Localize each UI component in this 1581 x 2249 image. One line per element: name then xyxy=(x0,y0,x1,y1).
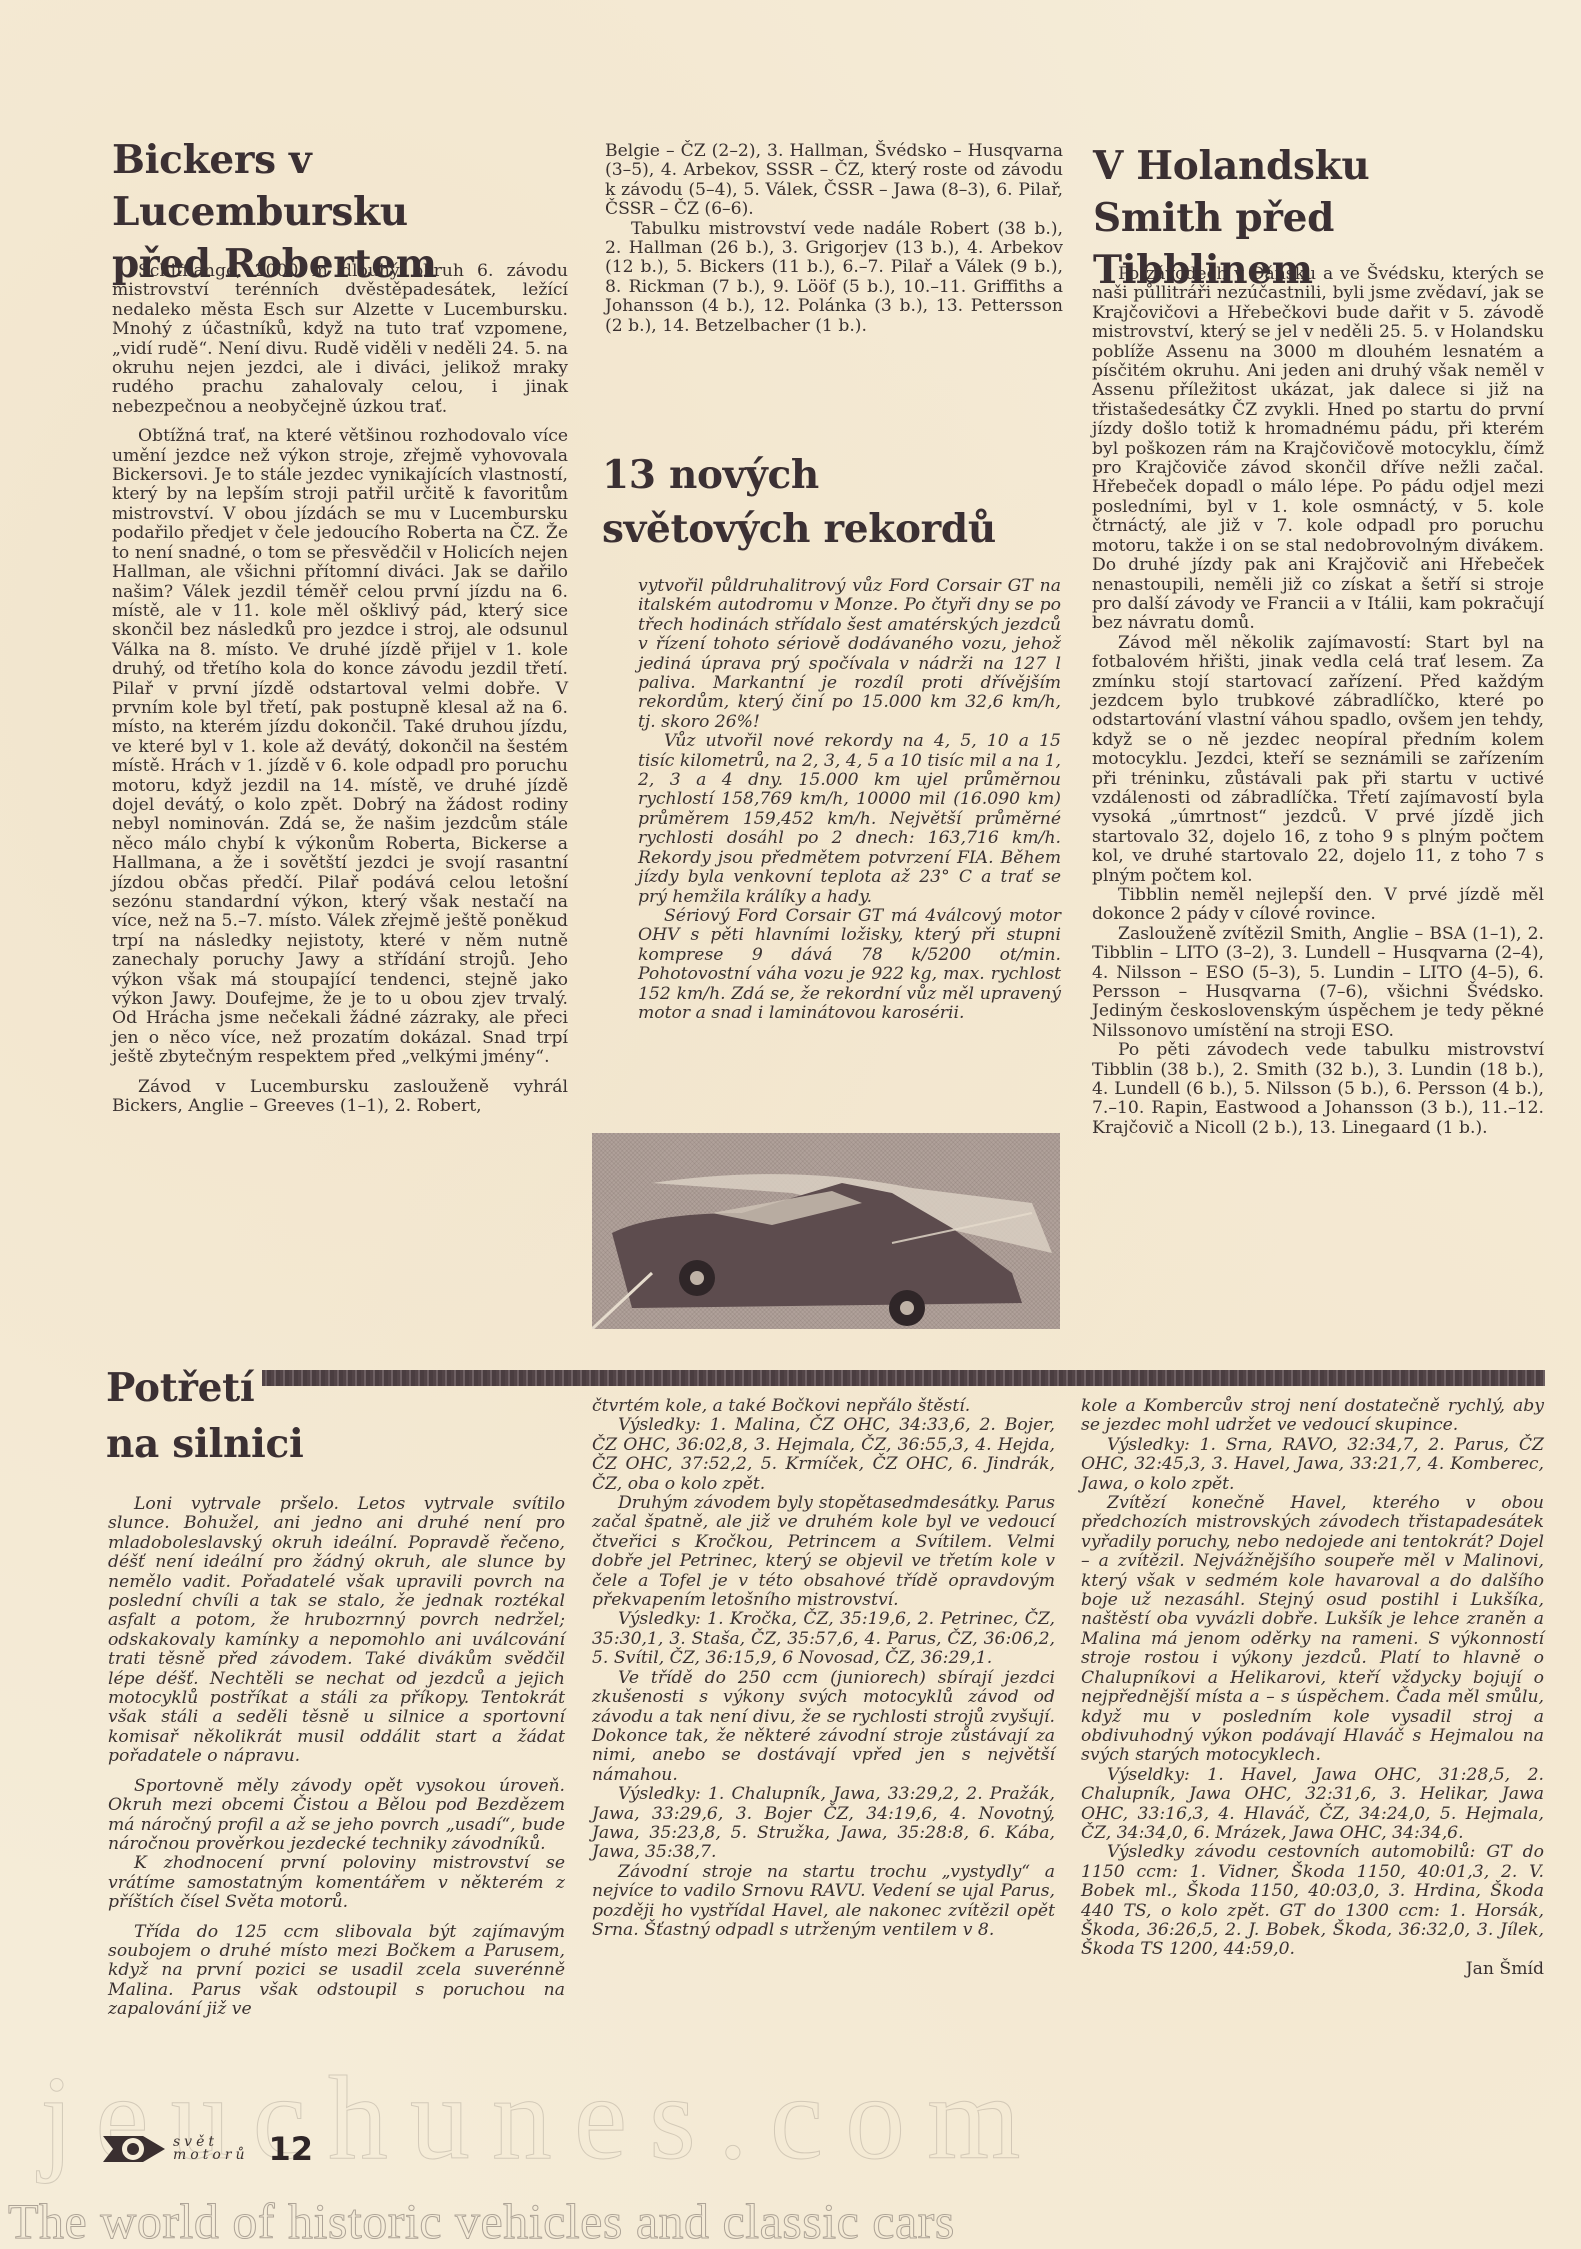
paragraph: Třída do 125 ccm slibovala být zajímavým… xyxy=(108,1923,565,2020)
paragraph: Po pěti závodech vede tabulku mistrovstv… xyxy=(1092,1041,1544,1138)
paragraph: Závodní stroje na startu trochu „vystydl… xyxy=(592,1863,1055,1941)
headline-luxembourg-line1: Bickers v Lucembursku xyxy=(112,134,582,238)
paragraph: Výsledky: 1. Kročka, ČZ, 35:19,6, 2. Pet… xyxy=(592,1610,1055,1668)
paragraph: Výsledky: 1. Srna, RAVO, 32:34,7, 2. Par… xyxy=(1081,1436,1544,1494)
paragraph: Schifflange, 2000 m dlouhý okruh 6. závo… xyxy=(112,262,568,417)
paragraph: Sportovně měly závody opět vysokou úrove… xyxy=(108,1777,565,1855)
paragraph: Obtížná trať, na které většinou rozhodov… xyxy=(112,427,568,1067)
publication-footer: svět motorů 12 xyxy=(103,2130,313,2168)
paragraph: Ve třídě do 250 ccm (juniorech) sbírají … xyxy=(592,1669,1055,1785)
headline-holland-line1: V Holandsku xyxy=(1093,140,1553,192)
paragraph: Závod měl několik zajímavostí: Start byl… xyxy=(1092,634,1544,886)
paragraph: Závod v Lucembursku zaslouženě vyhrál Bi… xyxy=(112,1078,568,1117)
watermark-caption: The world of historic vehicles and class… xyxy=(8,2193,955,2249)
article-road-col3: kole a Kombercův stroj není dostatečně r… xyxy=(1081,1397,1544,1979)
publication-name-line2: motorů xyxy=(173,2149,248,2162)
paragraph: vytvořil půldruhalitrový vůz Ford Corsai… xyxy=(638,577,1061,732)
ford-corsair-photo-icon xyxy=(592,1133,1060,1329)
paragraph: Výsledky: 1. Chalupník, Jawa, 33:29,2, 2… xyxy=(592,1785,1055,1863)
paragraph: Tibblin neměl nejlepší den. V prvé jízdě… xyxy=(1092,886,1544,925)
paragraph: Výsledky závodu cestovních automobilů: G… xyxy=(1081,1843,1544,1959)
paragraph: čtvrtém kole, a také Bočkovi nepřálo ště… xyxy=(592,1397,1055,1416)
section-rule-bar xyxy=(262,1370,1545,1386)
headline-road-line2: na silnici xyxy=(106,1416,406,1472)
article-road-col1: Loni vytrvale pršelo. Letos vytrvale sví… xyxy=(108,1495,565,2020)
article-records-body: vytvořil půldruhalitrový vůz Ford Corsai… xyxy=(638,577,1061,1023)
article-holland-body: Po závodech v Dánsku a ve Švédsku, který… xyxy=(1092,265,1544,1138)
paragraph: kole a Kombercův stroj není dostatečně r… xyxy=(1081,1397,1544,1436)
paragraph: Tabulku mistrovství vede nadále Robert (… xyxy=(605,220,1063,336)
article-luxembourg-continuation: Belgie – ČZ (2–2), 3. Hallman, Švédsko –… xyxy=(605,142,1063,336)
headline-records-line2: světových rekordů xyxy=(602,502,1072,556)
paragraph: Po závodech v Dánsku a ve Švédsku, který… xyxy=(1092,265,1544,634)
author-signature: Jan Šmíd xyxy=(1081,1960,1544,1979)
paragraph: Druhým závodem byly stopětasedmdesátky. … xyxy=(592,1494,1055,1610)
paragraph: Loni vytrvale pršelo. Letos vytrvale sví… xyxy=(108,1495,565,1767)
paragraph: Výsledky: 1. Malina, ČZ OHC, 34:33,6, 2.… xyxy=(592,1416,1055,1494)
paragraph: Belgie – ČZ (2–2), 3. Hallman, Švédsko –… xyxy=(605,142,1063,220)
page-number: 12 xyxy=(268,2130,313,2168)
headline-records-line1: 13 nových xyxy=(602,448,1072,502)
car-photo xyxy=(592,1133,1060,1329)
headline-records: 13 nových světových rekordů xyxy=(602,448,1072,556)
paragraph: K zhodnocení první poloviny mistrovství … xyxy=(108,1854,565,1912)
publication-name: svět motorů xyxy=(173,2136,248,2162)
headline-road-line1: Potřetí xyxy=(106,1360,406,1416)
paragraph: Zvítězí konečně Havel, kterého v obou př… xyxy=(1081,1494,1544,1766)
paragraph: Sériový Ford Corsair GT má 4válcový moto… xyxy=(638,907,1061,1023)
paragraph: Vůz utvořil nové rekordy na 4, 5, 10 a 1… xyxy=(638,732,1061,907)
article-road-col2: čtvrtém kole, a také Bočkovi nepřálo ště… xyxy=(592,1397,1055,1940)
paragraph: Zaslouženě zvítězil Smith, Anglie – BSA … xyxy=(1092,925,1544,1041)
paragraph: Výseldky: 1. Havel, Jawa OHC, 31:28,5, 2… xyxy=(1081,1766,1544,1844)
article-luxembourg-body: Schifflange, 2000 m dlouhý okruh 6. závo… xyxy=(112,262,568,1116)
svet-motoru-logo-icon xyxy=(103,2132,165,2166)
